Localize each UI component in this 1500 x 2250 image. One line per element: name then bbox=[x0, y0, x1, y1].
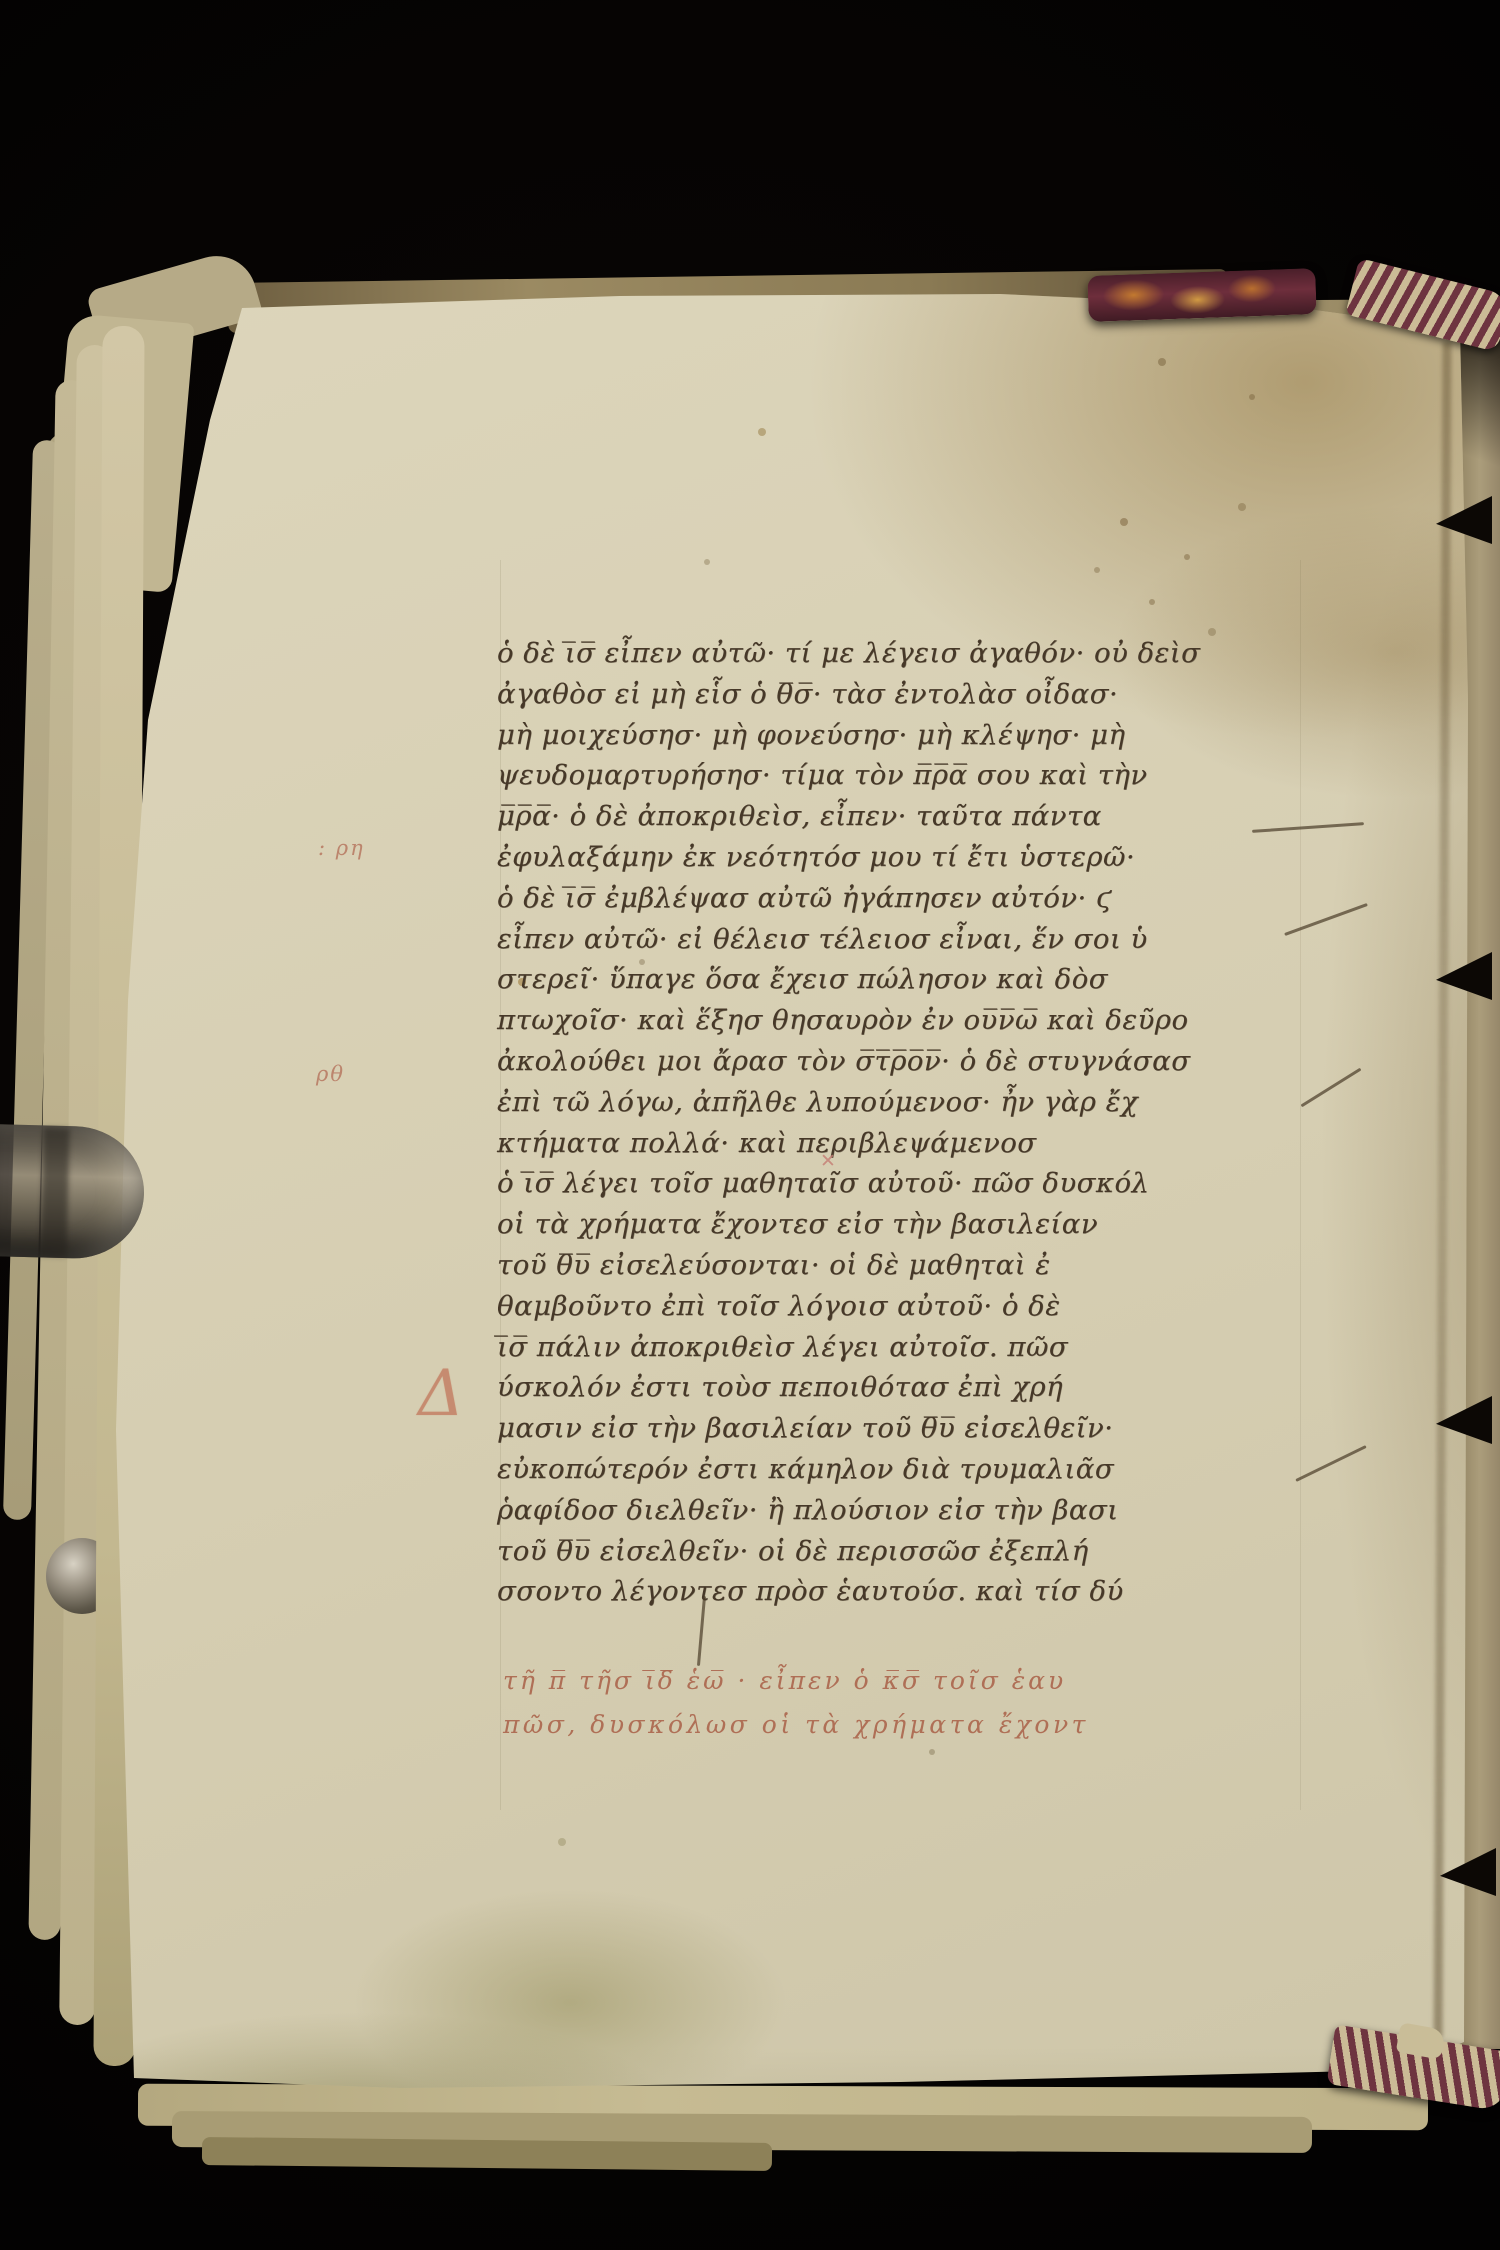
manuscript-photo: ὁ δὲ ι̅σ̅ εἶπεν αὐτῶ· τί με λέγεισ ἀγαθό… bbox=[0, 0, 1500, 2250]
text-line: σσοντο λέγοντεσ πρὸσ ἑαυτούσ. καὶ τίσ δύ bbox=[497, 1571, 1327, 1612]
text-line: μ̅ρ̅α̅· ὁ δὲ ἀποκριθεὶσ, εἶπεν· ταῦτα πά… bbox=[497, 796, 1327, 837]
margin-section-number: : ρη bbox=[318, 836, 365, 860]
text-line: ὁ ι̅σ̅ λέγει τοῖσ μαθηταῖσ αὐτοῦ· πῶσ δυ… bbox=[497, 1163, 1327, 1204]
text-line: ὁ δὲ ι̅σ̅ ἐμβλέψασ αὐτῶ ἠγάπησεν αὐτόν· … bbox=[497, 878, 1327, 919]
rubric-line: τῆ π̅ τῆσ ι̅δ̅ ἑω̅ · εἶπεν ὁ κ̅σ̅ τοῖσ ἑ… bbox=[503, 1668, 1066, 1693]
margin-section-number: ρθ bbox=[316, 1062, 345, 1086]
glass-weight-reflection bbox=[40, 1128, 69, 1257]
parchment-specks bbox=[0, 0, 4, 4]
text-line: μασιν εἰσ τὴν βασιλείαν τοῦ θ̅υ̅ εἰσελθε… bbox=[497, 1408, 1327, 1449]
text-line: πτωχοῖσ· καὶ ἕξησ θησαυρὸν ἐν ου̅ν̅ω̅ κα… bbox=[497, 1000, 1327, 1041]
text-line: ψευδομαρτυρήσησ· τίμα τὸν π̅ρ̅α̅ σου καὶ… bbox=[497, 755, 1327, 796]
text-line: οἱ τὰ χρήματα ἔχοντεσ εἰσ τὴν βασιλείαν bbox=[497, 1204, 1327, 1245]
text-line: ἀκολούθει μοι ἄρασ τὸν σ̅τ̅ρ̅ο̅ν̅· ὁ δὲ … bbox=[497, 1041, 1327, 1082]
text-line: ῥαφίδοσ διελθεῖν· ἢ πλούσιον εἰσ τὴν βασ… bbox=[497, 1490, 1327, 1531]
text-line: ύσκολόν ἐστι τοὺσ πεποιθότασ ἐπὶ χρή bbox=[497, 1367, 1327, 1408]
rubric-cross-mark: ✕ bbox=[820, 1150, 836, 1172]
text-line: θαμβοῦντο ἐπὶ τοῖσ λόγοισ αὐτοῦ· ὁ δὲ bbox=[497, 1286, 1327, 1327]
text-line: ἐπὶ τῶ λόγω, ἀπῆλθε λυπούμενοσ· ἦν γὰρ ἔ… bbox=[497, 1082, 1327, 1123]
text-line: στερεῖ· ὕπαγε ὅσα ἔχεισ πώλησον καὶ δὸσ bbox=[497, 959, 1327, 1000]
text-line: εὐκοπώτερόν ἐστι κάμηλον διὰ τρυμαλιᾶσ bbox=[497, 1449, 1327, 1490]
text-line: τοῦ θ̅υ̅ εἰσελθεῖν· οἱ δὲ περισσῶσ ἐξεπλ… bbox=[497, 1531, 1327, 1572]
text-line: τοῦ θ̅υ̅ εἰσελεύσονται· οἱ δὲ μαθηταὶ ἐ bbox=[497, 1245, 1327, 1286]
text-line: ἐφυλαξάμην ἐκ νεότητόσ μου τί ἔτι ὑστερῶ… bbox=[497, 837, 1327, 878]
text-line: κτήματα πολλά· καὶ περιβλεψάμενοσ bbox=[497, 1123, 1327, 1164]
text-line: μὴ μοιχεύσησ· μὴ φονεύσησ· μὴ κλέψησ· μὴ bbox=[497, 715, 1327, 756]
leaf-edge-strip bbox=[202, 2137, 772, 2171]
rubric-line: πῶσ, δυσκόλωσ οἱ τὰ χρήματα ἔχοντ bbox=[503, 1712, 1089, 1737]
manuscript-text-block: ὁ δὲ ι̅σ̅ εἶπεν αὐτῶ· τί με λέγεισ ἀγαθό… bbox=[497, 633, 1327, 1612]
text-line: ὁ δὲ ι̅σ̅ εἶπεν αὐτῶ· τί με λέγεισ ἀγαθό… bbox=[497, 633, 1327, 674]
gutter-shadow bbox=[1458, 324, 1500, 514]
text-line: ἀγαθὸσ εἰ μὴ εἷσ ὁ θ̅σ̅· τὰσ ἐντολὰσ οἶδ… bbox=[497, 674, 1327, 715]
text-line: εἶπεν αὐτῶ· εἰ θέλεισ τέλειοσ εἶναι, ἕν … bbox=[497, 919, 1327, 960]
embroidered-headband bbox=[1087, 268, 1316, 322]
rubricated-initial: Δ bbox=[418, 1362, 464, 1426]
text-line: ι̅σ̅ πάλιν ἀποκριθεὶσ λέγει αὐτοῖσ. πῶσ bbox=[497, 1327, 1327, 1368]
